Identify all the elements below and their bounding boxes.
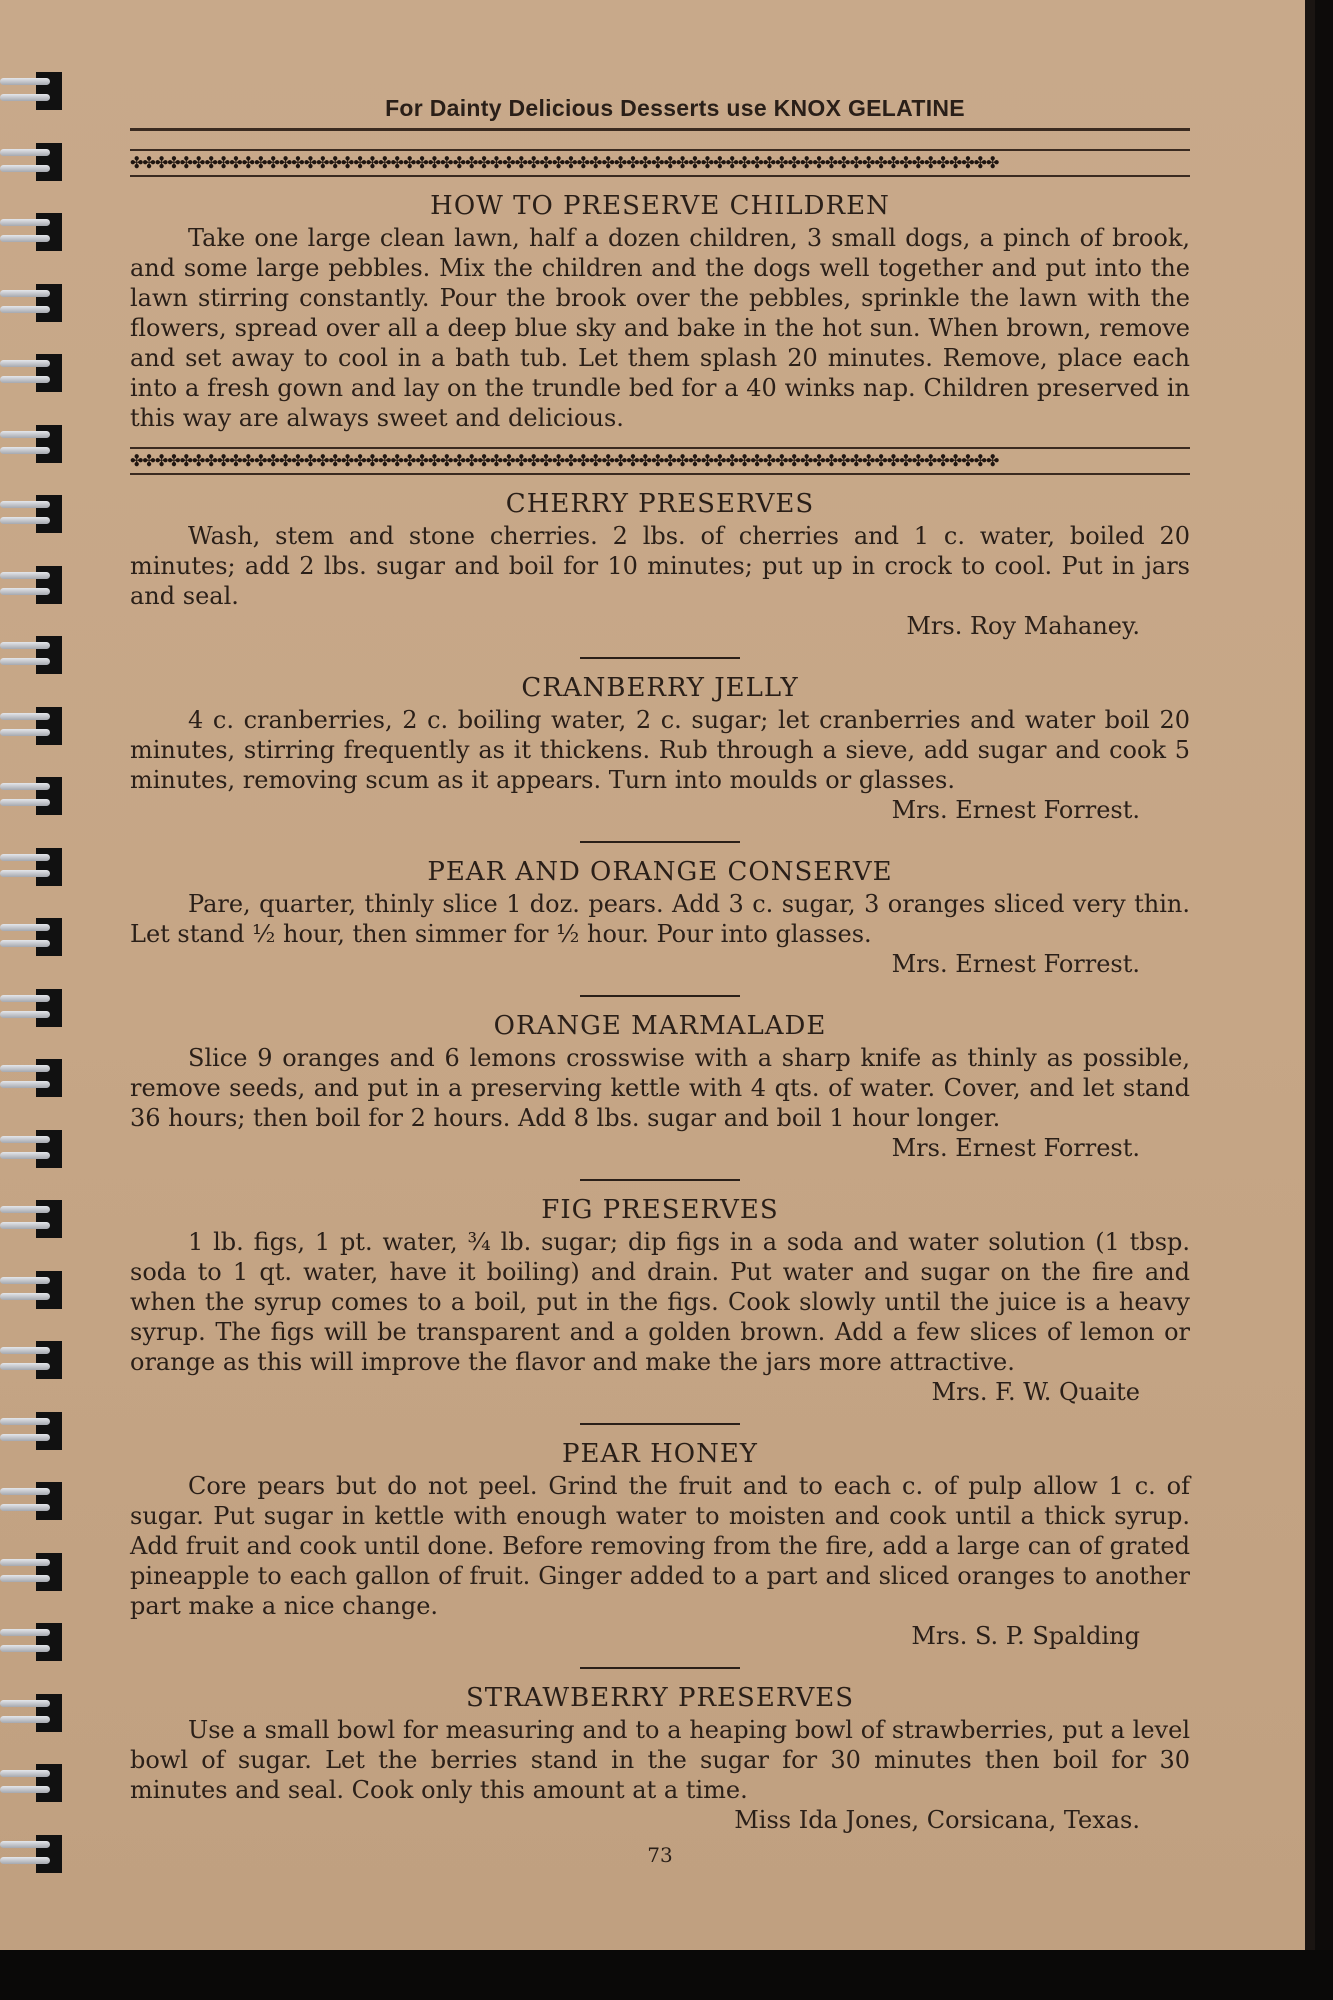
spiral-coil [0,284,72,328]
header-rule [130,128,1190,131]
recipe-title: PEAR HONEY [130,1439,1190,1469]
spiral-coil [0,918,72,962]
recipe-title: CHERRY PRESERVES [130,489,1190,519]
spiral-coil [0,354,72,398]
spiral-coil [0,989,72,1033]
clover-ornament-icon: ✤✤✤✤✤✤✤✤✤✤✤✤✤✤✤✤✤✤✤✤✤✤✤✤✤✤✤✤✤✤✤✤✤✤✤✤✤✤✤✤… [130,153,998,172]
desk-surface [0,1950,1333,2000]
spiral-binding [0,0,75,1950]
recipe: FIG PRESERVES1 lb. figs, 1 pt. water, ¾ … [130,1179,1190,1407]
spiral-coil [0,143,72,187]
spiral-coil [0,1130,72,1174]
ornamental-border-middle: ✤✤✤✤✤✤✤✤✤✤✤✤✤✤✤✤✤✤✤✤✤✤✤✤✤✤✤✤✤✤✤✤✤✤✤✤✤✤✤✤… [130,447,1190,475]
recipe-body: Slice 9 oranges and 6 lemons crosswise w… [130,1043,1190,1133]
recipe-divider [580,841,740,843]
recipe-title: CRANBERRY JELLY [130,673,1190,703]
spiral-coil [0,1835,72,1879]
recipe-body: 4 c. cranberries, 2 c. boiling water, 2 … [130,705,1190,795]
spiral-coil [0,1059,72,1103]
recipe-body: Take one large clean lawn, half a dozen … [130,223,1190,433]
recipe-body: Use a small bowl for measuring and to a … [130,1715,1190,1805]
spiral-coil [0,1412,72,1456]
spiral-coil [0,566,72,610]
spiral-coil [0,636,72,680]
recipe-author: Mrs. S. P. Spalding [130,1621,1140,1651]
recipe-author: Mrs. F. W. Quaite [130,1377,1140,1407]
clover-ornament-icon: ✤✤✤✤✤✤✤✤✤✤✤✤✤✤✤✤✤✤✤✤✤✤✤✤✤✤✤✤✤✤✤✤✤✤✤✤✤✤✤✤… [130,451,998,470]
ornamental-border-top: ✤✤✤✤✤✤✤✤✤✤✤✤✤✤✤✤✤✤✤✤✤✤✤✤✤✤✤✤✤✤✤✤✤✤✤✤✤✤✤✤… [130,149,1190,177]
spiral-coil [0,72,72,116]
recipe: PEAR HONEYCore pears but do not peel. Gr… [130,1423,1190,1651]
recipe-author: Mrs. Ernest Forrest. [130,1133,1140,1163]
recipe-divider [580,995,740,997]
recipe: CRANBERRY JELLY4 c. cranberries, 2 c. bo… [130,657,1190,825]
recipe-body: 1 lb. figs, 1 pt. water, ¾ lb. sugar; di… [130,1227,1190,1377]
recipe: ORANGE MARMALADESlice 9 oranges and 6 le… [130,995,1190,1163]
book-page: For Dainty Delicious Desserts use KNOX G… [0,0,1307,1950]
recipe-title: HOW TO PRESERVE CHILDREN [130,191,1190,221]
recipe-title: STRAWBERRY PRESERVES [130,1683,1190,1713]
recipe-list: CHERRY PRESERVESWash, stem and stone che… [130,489,1190,1835]
recipe: CHERRY PRESERVESWash, stem and stone che… [130,489,1190,641]
spiral-coil [0,1553,72,1597]
recipe-title: FIG PRESERVES [130,1195,1190,1225]
recipe: STRAWBERRY PRESERVESUse a small bowl for… [130,1667,1190,1835]
spiral-coil [0,495,72,539]
spiral-coil [0,848,72,892]
recipe: PEAR AND ORANGE CONSERVEPare, quarter, t… [130,841,1190,979]
recipe-title: PEAR AND ORANGE CONSERVE [130,857,1190,887]
spiral-coil [0,1271,72,1315]
spiral-coil [0,707,72,751]
spiral-coil [0,1341,72,1385]
recipe-author: Mrs. Roy Mahaney. [130,611,1140,641]
recipe-body: Pare, quarter, thinly slice 1 doz. pears… [130,889,1190,949]
recipe-author: Mrs. Ernest Forrest. [130,949,1140,979]
recipe-body: Wash, stem and stone cherries. 2 lbs. of… [130,521,1190,611]
spiral-coil [0,1200,72,1244]
page-content: For Dainty Delicious Desserts use KNOX G… [130,95,1190,1867]
recipe-body: Core pears but do not peel. Grind the fr… [130,1471,1190,1621]
spiral-coil [0,425,72,469]
spiral-coil [0,1764,72,1808]
recipe-divider [580,657,740,659]
recipe-divider [580,1667,740,1669]
recipe-title: ORANGE MARMALADE [130,1011,1190,1041]
recipe-author: Mrs. Ernest Forrest. [130,795,1140,825]
spiral-coil [0,1694,72,1738]
spiral-coil [0,213,72,257]
running-head: For Dainty Delicious Desserts use KNOX G… [160,95,1190,122]
spiral-coil [0,1482,72,1526]
recipe-author: Miss Ida Jones, Corsicana, Texas. [130,1805,1140,1835]
spiral-coil [0,777,72,821]
recipe-divider [580,1179,740,1181]
recipe-divider [580,1423,740,1425]
page-edge [1305,0,1315,1960]
spiral-coil [0,1623,72,1667]
page-number: 73 [130,1843,1190,1867]
